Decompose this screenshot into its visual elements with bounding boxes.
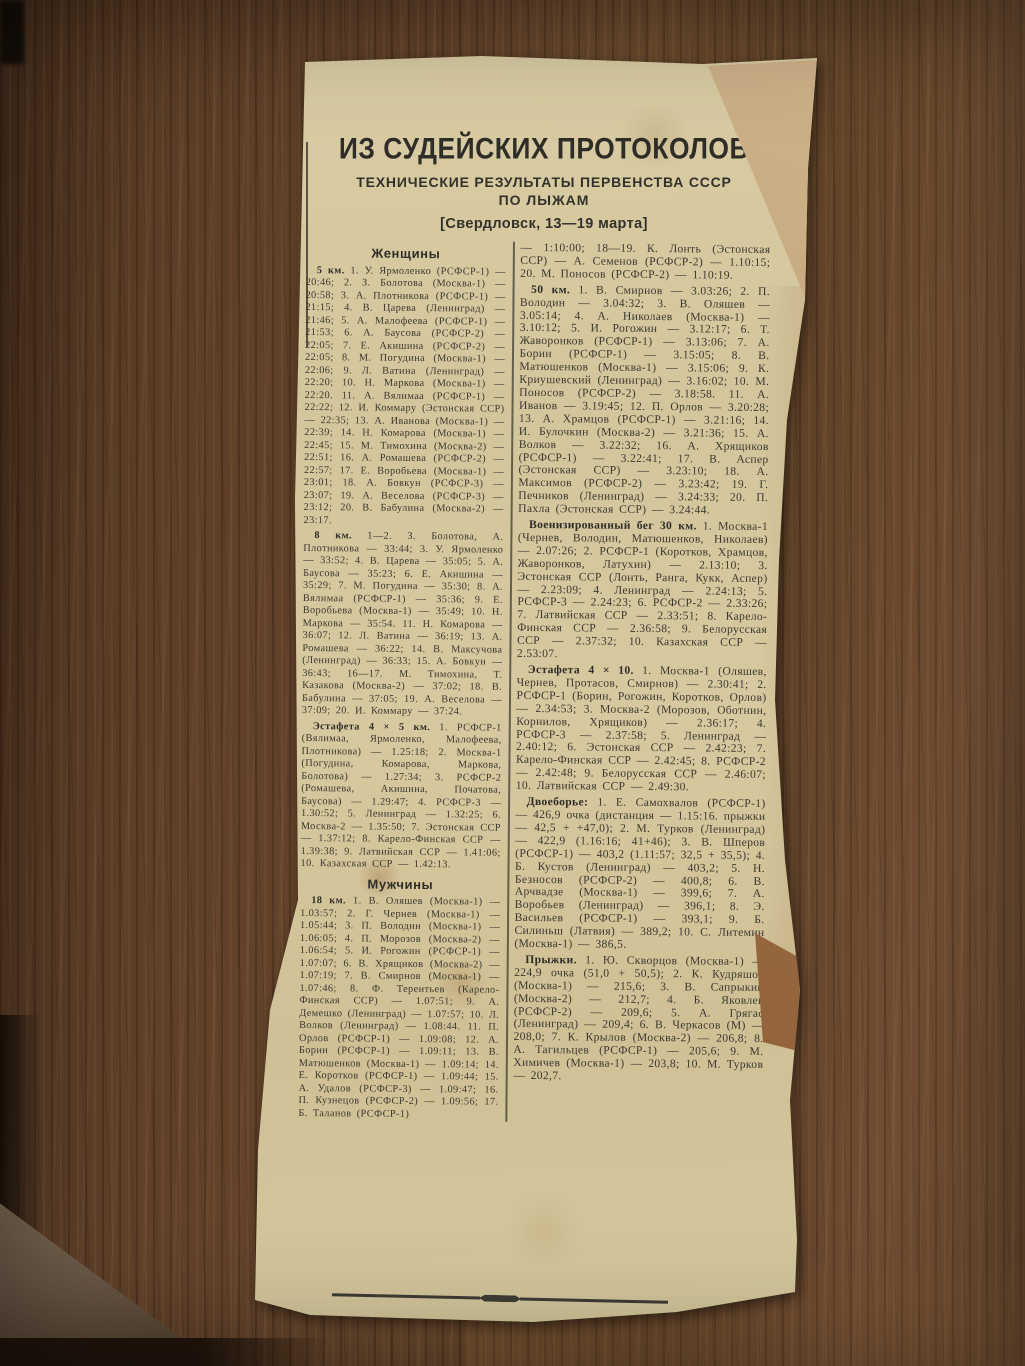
photo-background: ИЗ СУДЕЙСКИХ ПРОТОКОЛОВ ТЕХНИЧЕСКИЕ РЕЗУ…: [0, 0, 1025, 1366]
photo-vignette: [0, 0, 1025, 1366]
